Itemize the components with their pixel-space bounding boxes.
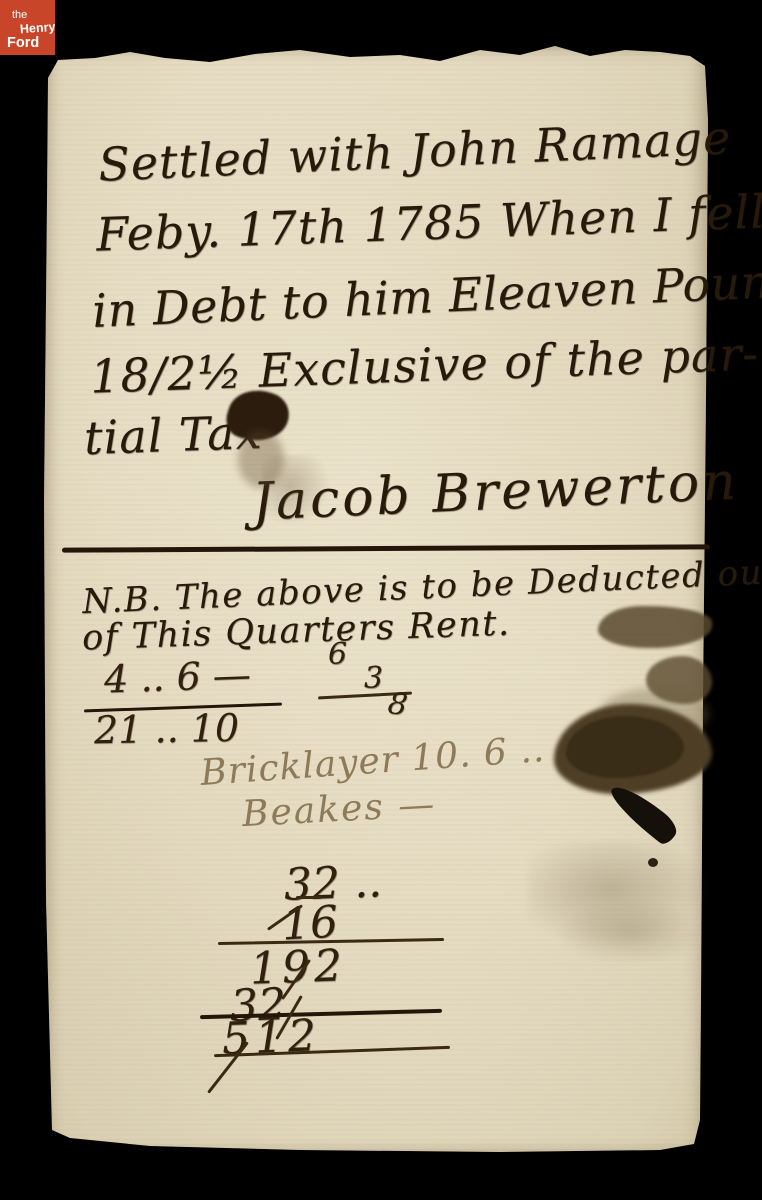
- calc-left-row-2: 21 .. 10: [94, 709, 240, 750]
- faint-entry-beakes: Beakes —: [241, 787, 437, 833]
- fingerprint-smudge-lower: [556, 902, 706, 964]
- logo-word-henry: Henry: [20, 21, 56, 36]
- logo-word-ford: Ford: [7, 36, 39, 51]
- calc-small-row-2: 3: [364, 664, 383, 694]
- calc-small-row-1: 6: [328, 640, 347, 670]
- stroke-overbar-16: [296, 896, 322, 899]
- calc-left-row-1: 4 .. 6 —: [103, 655, 251, 698]
- photo-stage: the Henry Ford Settled with John Ramage …: [0, 0, 762, 1200]
- ink-speckle-trail: [262, 455, 332, 530]
- logo-word-the: the: [12, 10, 27, 21]
- henry-ford-logo: the Henry Ford: [0, 0, 55, 55]
